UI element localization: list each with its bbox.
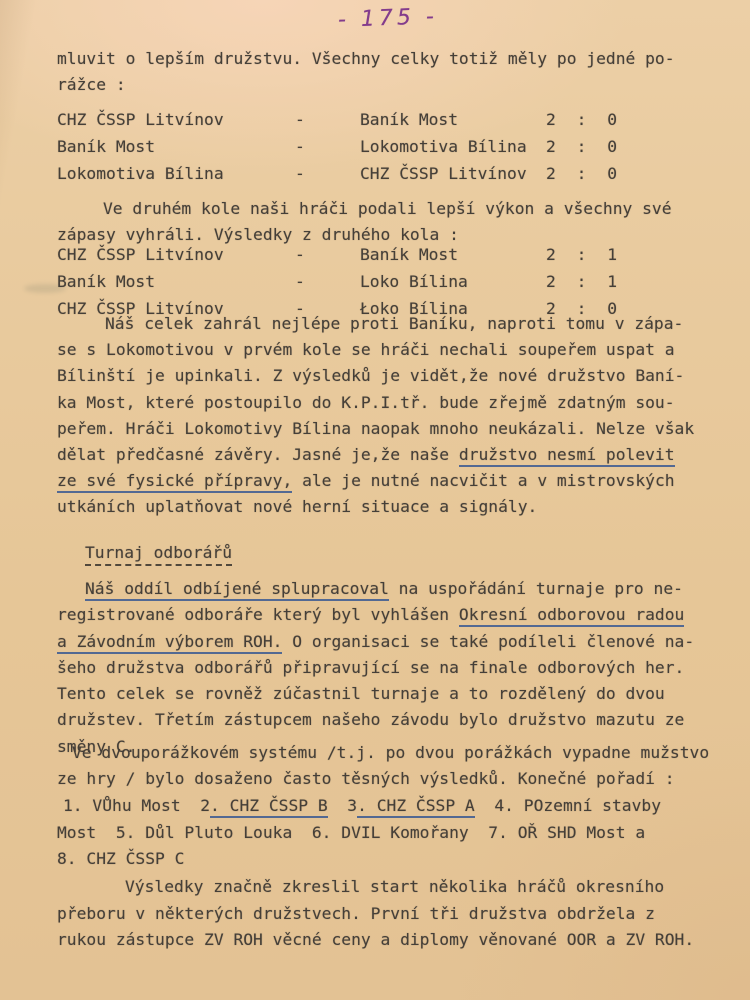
text-line: utkáních uplatňovat nové herní situace a… <box>57 494 715 520</box>
result-row: CHZ ČSSP Litvínov-Baník Most2 : 0 <box>57 106 715 133</box>
cell-sep: - <box>295 268 360 295</box>
underlined-text: družstvo nesmí polevit <box>459 445 675 467</box>
text-line: Most 5. Důl Pluto Louka 6. DVIL Komořany… <box>57 820 715 847</box>
text-run: mluvit o lepším družstvu. Všechny celky … <box>57 49 675 68</box>
cell-sep: - <box>295 241 360 268</box>
text-run: peřem. Hráči Lokomotivy Bílina naopak mn… <box>57 419 694 438</box>
intro-paragraph: mluvit o lepším družstvu. Všechny celky … <box>57 46 715 98</box>
text-run: dělat předčasné závěry. Jasné je,že naše <box>57 445 459 464</box>
text-run: družstev. Třetím zástupcem našeho závodu… <box>57 710 684 729</box>
underlined-text: a Závodním výborem ROH. <box>57 632 282 654</box>
cell-away: Loko Bílina <box>360 268 546 295</box>
cell-home: CHZ ČSSP Litvínov <box>57 241 295 268</box>
scanned-document-page: - 175 - mluvit o lepším družstvu. Všechn… <box>0 0 750 1000</box>
results-round-one: CHZ ČSSP Litvínov-Baník Most2 : 0Baník M… <box>57 106 715 187</box>
text-line: Ve dvouporážkovém systému /t.j. po dvou … <box>57 740 715 766</box>
result-row: Baník Most-Lokomotiva Bílina2 : 0 <box>57 133 715 160</box>
text-run: 3 <box>328 796 357 815</box>
handwritten-page-number: - 175 - <box>338 4 439 32</box>
text-run: Bílinští je upinkali. Z výsledků je vidě… <box>57 366 684 385</box>
cell-home: Baník Most <box>57 133 295 160</box>
cell-away: CHZ ČSSP Litvínov <box>360 160 546 187</box>
underlined-text: . CHZ ČSSP B <box>210 796 328 818</box>
text-line: ka Most, které postoupilo do K.P.I.tř. b… <box>57 390 715 416</box>
cell-away: Baník Most <box>360 241 546 268</box>
results-round-two: CHZ ČSSP Litvínov-Baník Most2 : 1Baník M… <box>57 241 715 322</box>
section-heading: Turnaj odborářů <box>57 540 715 566</box>
text-run: ze hry / bylo dosaženo často těsných výs… <box>57 769 675 788</box>
result-row: Lokomotiva Bílina-CHZ ČSSP Litvínov2 : 0 <box>57 160 715 187</box>
result-row: CHZ ČSSP Litvínov-Baník Most2 : 1 <box>57 241 715 268</box>
text-run: ale je nutné nacvičit a v mistrovských <box>292 471 674 490</box>
text-line: Bílinští je upinkali. Z výsledků je vidě… <box>57 363 715 389</box>
text-run: utkáních uplatňovat nové herní situace a… <box>57 497 537 516</box>
text-line: mluvit o lepším družstvu. Všechny celky … <box>57 46 715 72</box>
text-run: přeboru v některých družstvech. První tř… <box>57 904 655 923</box>
cell-home: Baník Most <box>57 268 295 295</box>
cell-home: CHZ ČSSP Litvínov <box>57 106 295 133</box>
text-line: přeboru v některých družstvech. První tř… <box>57 901 715 928</box>
text-run: na uspořádání turnaje pro ne- <box>389 579 683 598</box>
cell-sep: - <box>295 133 360 160</box>
tournament-paragraph: Náš oddíl odbíjené splupracoval na uspoř… <box>57 576 715 760</box>
cell-away: Lokomotiva Bílina <box>360 133 546 160</box>
underlined-text: Okresní odborovou radou <box>459 605 684 627</box>
cell-sep: - <box>295 106 360 133</box>
text-run: Výsledky značně zkreslil start několika … <box>125 877 664 896</box>
text-run: šeho družstva odborářů připravující se n… <box>57 658 684 677</box>
text-line: Výsledky značně zkreslil start několika … <box>57 874 715 901</box>
text-line: Náš oddíl odbíjené splupracoval na uspoř… <box>57 576 715 602</box>
text-line: ze své fysické přípravy, ale je nutné na… <box>57 468 715 494</box>
cell-score: 2 : 1 <box>546 268 617 295</box>
text-line: registrované odboráře který byl vyhlášen… <box>57 602 715 628</box>
underlined-text: ze své fysické přípravy, <box>57 471 292 493</box>
text-line: Náš celek zahrál nejlépe proti Baníku, n… <box>57 311 715 337</box>
text-run: 8. CHZ ČSSP C <box>57 849 184 868</box>
underlined-text: . CHZ ČSSP A <box>357 796 475 818</box>
text-run: se s Lokomotivou v prvém kole se hráči n… <box>57 340 675 359</box>
text-run: Most 5. Důl Pluto Louka 6. DVIL Komořany… <box>57 823 645 842</box>
text-line: peřem. Hráči Lokomotivy Bílina naopak mn… <box>57 416 715 442</box>
text-line: 8. CHZ ČSSP C <box>57 846 715 873</box>
cell-score: 2 : 0 <box>546 106 617 133</box>
text-line: Tento celek se rovněž zúčastnil turnaje … <box>57 681 715 707</box>
text-run: Ve dvouporážkovém systému /t.j. po dvou … <box>72 743 709 762</box>
text-line: Ve druhém kole naši hráči podali lepší v… <box>57 196 715 222</box>
text-line: a Závodním výborem ROH. O organisaci se … <box>57 629 715 655</box>
text-line: rukou zástupce ZV ROH věcné ceny a diplo… <box>57 927 715 954</box>
cell-sep: - <box>295 160 360 187</box>
text-run: registrované odboráře který byl vyhlášen <box>57 605 459 624</box>
result-row: Baník Most-Loko Bílina2 : 1 <box>57 268 715 295</box>
text-run: Tento celek se rovněž zúčastnil turnaje … <box>57 684 665 703</box>
text-run: rážce : <box>57 75 126 94</box>
text-run: O organisaci se také podíleli členové na… <box>282 632 694 651</box>
underlined-text: Náš oddíl odbíjené splupracoval <box>85 579 389 601</box>
cell-away: Baník Most <box>360 106 546 133</box>
cell-home: Lokomotiva Bílina <box>57 160 295 187</box>
cell-score: 2 : 1 <box>546 241 617 268</box>
text-line: rážce : <box>57 72 715 98</box>
text-run: 4. POzemní stavby <box>475 796 661 815</box>
closing-paragraph: Výsledky značně zkreslil start několika … <box>57 874 715 954</box>
system-paragraph: Ve dvouporážkovém systému /t.j. po dvou … <box>57 740 715 792</box>
text-line: šeho družstva odborářů připravující se n… <box>57 655 715 681</box>
text-line: se s Lokomotivou v prvém kole se hráči n… <box>57 337 715 363</box>
analysis-paragraph: Náš celek zahrál nejlépe proti Baníku, n… <box>57 311 715 521</box>
text-run: 1. VŮhu Most 2 <box>63 796 210 815</box>
text-run: Náš celek zahrál nejlépe proti Baníku, n… <box>105 314 683 333</box>
underlined-text: Turnaj odborářů <box>85 543 232 566</box>
text-line: družstev. Třetím zástupcem našeho závodu… <box>57 707 715 733</box>
final-standings-list: 1. VŮhu Most 2. CHZ ČSSP B 3. CHZ ČSSP A… <box>57 793 715 873</box>
cell-score: 2 : 0 <box>546 160 617 187</box>
text-run: Ve druhém kole naši hráči podali lepší v… <box>103 199 672 218</box>
text-run: rukou zástupce ZV ROH věcné ceny a diplo… <box>57 930 694 949</box>
text-line: Turnaj odborářů <box>57 540 715 566</box>
text-line: 1. VŮhu Most 2. CHZ ČSSP B 3. CHZ ČSSP A… <box>57 793 715 820</box>
text-run: ka Most, které postoupilo do K.P.I.tř. b… <box>57 393 675 412</box>
text-line: dělat předčasné závěry. Jasné je,že naše… <box>57 442 715 468</box>
text-line: ze hry / bylo dosaženo často těsných výs… <box>57 766 715 792</box>
cell-score: 2 : 0 <box>546 133 617 160</box>
